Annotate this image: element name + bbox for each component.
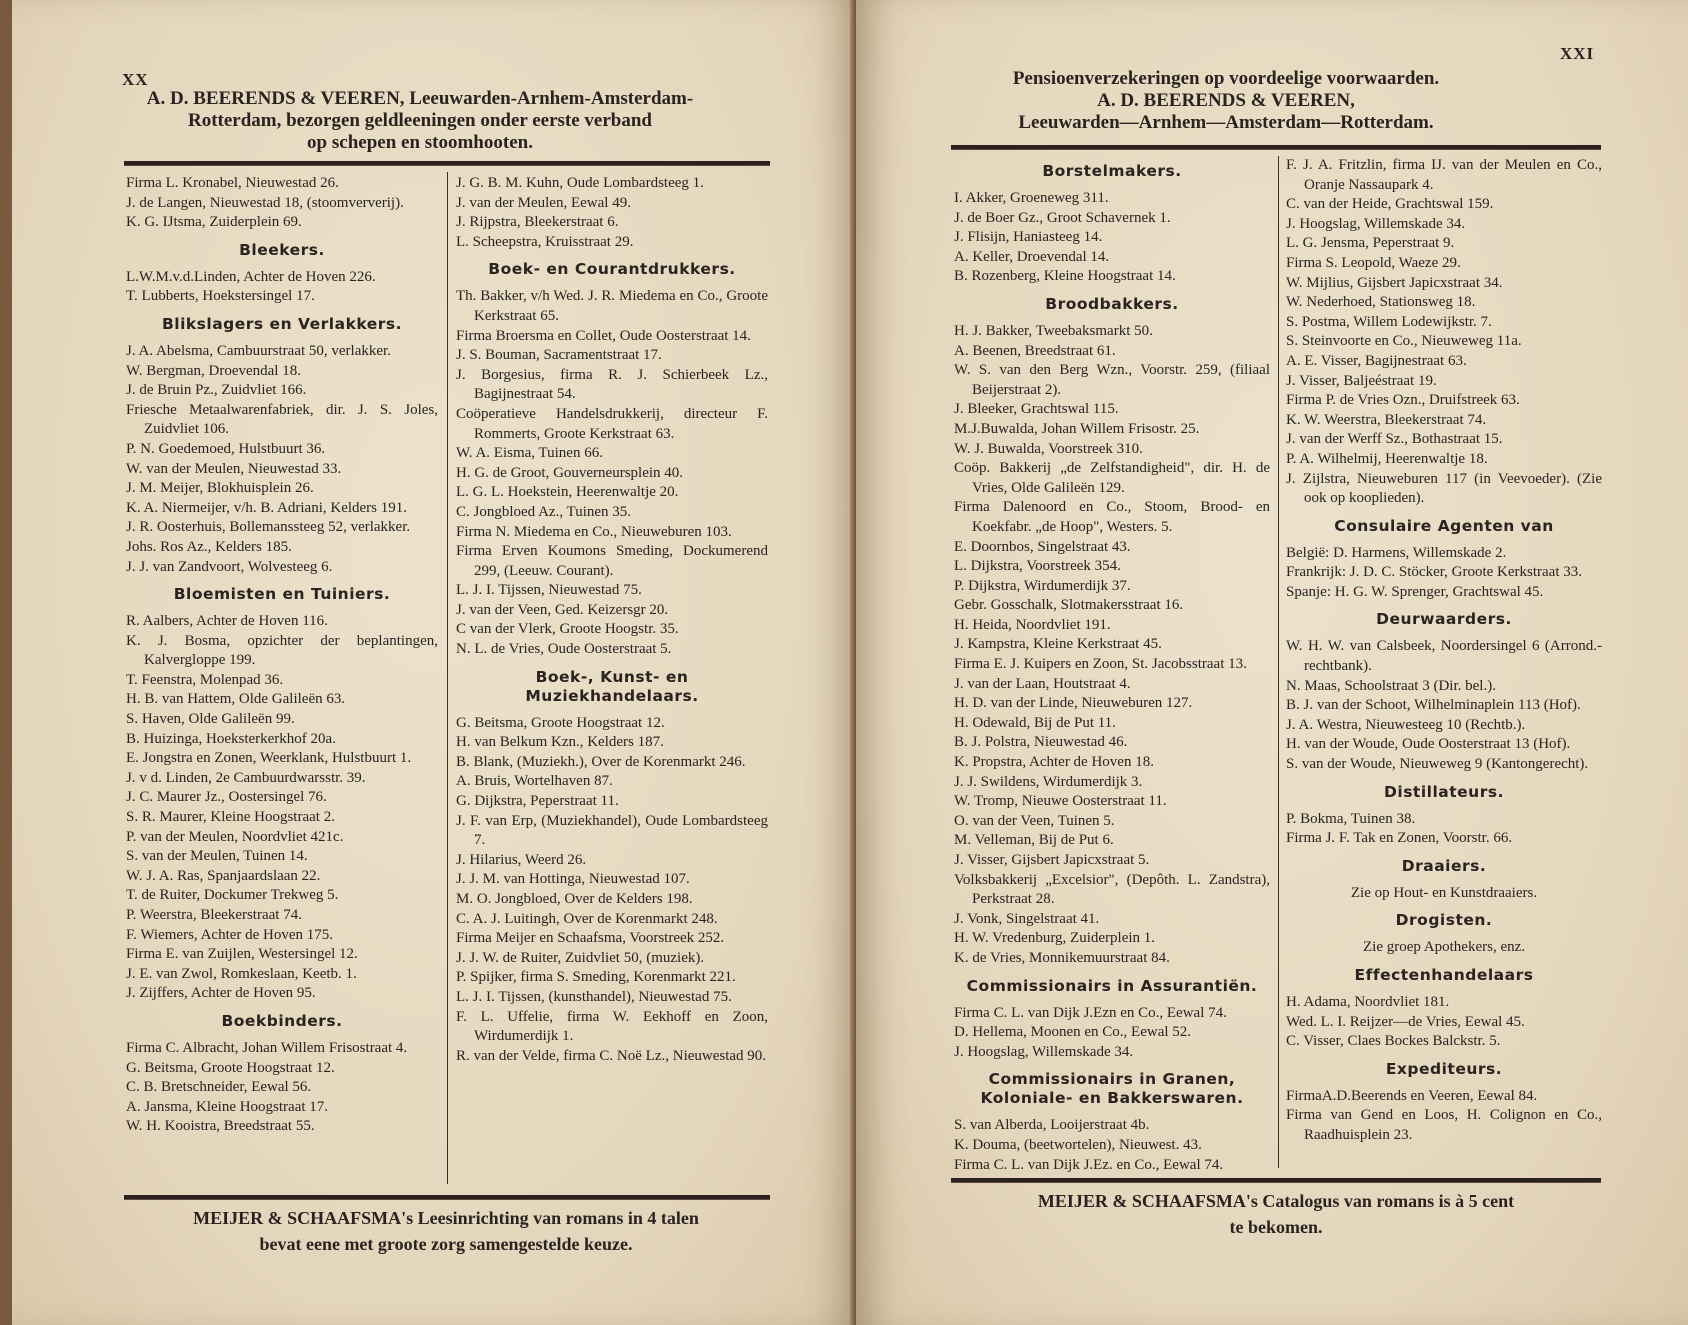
section-heading: Drogisten. xyxy=(1286,911,1602,930)
directory-entry: J. F. van Erp, (Muziekhandel), Oude Lomb… xyxy=(456,812,768,851)
directory-entry: R. van der Velde, firma C. Noë Lz., Nieu… xyxy=(456,1047,768,1067)
column-separator xyxy=(1278,156,1279,1168)
directory-entry: België: D. Harmens, Willemskade 2. xyxy=(1286,544,1602,564)
directory-entry: N. Maas, Schoolstraat 3 (Dir. bel.). xyxy=(1286,677,1602,697)
section-heading: Distillateurs. xyxy=(1286,783,1602,802)
footer-line: te bekomen. xyxy=(946,1214,1606,1240)
directory-entry: B. J. van der Schoot, Wilhelminaplein 11… xyxy=(1286,696,1602,716)
header-rule xyxy=(124,161,770,166)
directory-entry: Wed. L. I. Reijzer—de Vries, Eewal 45. xyxy=(1286,1013,1602,1033)
directory-entry: P. A. Wilhelmij, Heerenwaltje 18. xyxy=(1286,450,1602,470)
directory-entry: Gebr. Gosschalk, Slotmakersstraat 16. xyxy=(954,596,1270,616)
directory-entry: Firma S. Leopold, Waeze 29. xyxy=(1286,254,1602,274)
footer-rule xyxy=(951,1178,1601,1183)
directory-entry: K. A. Niermeijer, v/h. B. Adriani, Kelde… xyxy=(126,499,438,519)
directory-entry: J. Hoogslag, Willemskade 34. xyxy=(1286,215,1602,235)
footer-line: bevat eene met groote zorg samengestelde… xyxy=(116,1231,776,1257)
directory-entry: S. van der Woude, Nieuweweg 9 (Kantonger… xyxy=(1286,755,1602,775)
directory-entry: D. Hellema, Moonen en Co., Eewal 52. xyxy=(954,1023,1270,1043)
cross-reference-note: Zie op Hout- en Kunstdraaiers. xyxy=(1286,884,1602,904)
directory-entry: W. J. Buwalda, Voorstreek 310. xyxy=(954,440,1270,460)
directory-entry: L. J. I. Tijssen, Nieuwestad 75. xyxy=(456,581,768,601)
directory-entry: J. C. Maurer Jz., Oostersingel 76. xyxy=(126,788,438,808)
directory-entry: H. J. Bakker, Tweebaksmarkt 50. xyxy=(954,322,1270,342)
section-heading: Boek-, Kunst- en Muziekhandelaars. xyxy=(456,668,768,706)
directory-entry: N. L. de Vries, Oude Oosterstraat 5. xyxy=(456,640,768,660)
column-left: Borstelmakers.I. Akker, Groeneweg 311.J.… xyxy=(954,154,1270,1175)
directory-entry: Firma Meijer en Schaafsma, Voorstreek 25… xyxy=(456,929,768,949)
directory-entry: K. de Vries, Monnikemuurstraat 84. xyxy=(954,949,1270,969)
directory-entry: A. Beenen, Breedstraat 61. xyxy=(954,342,1270,362)
section-heading: Boek- en Courantdrukkers. xyxy=(456,260,768,279)
directory-entry: R. Aalbers, Achter de Hoven 116. xyxy=(126,612,438,632)
directory-entry: J. Bleeker, Grachtswal 115. xyxy=(954,400,1270,420)
column-right: J. G. B. M. Kuhn, Oude Lombardsteeg 1.J.… xyxy=(456,174,768,1066)
directory-entry: H. B. van Hattem, Olde Galileën 63. xyxy=(126,690,438,710)
directory-entry: F. L. Uffelie, firma W. Eekhoff en Zoon,… xyxy=(456,1008,768,1047)
directory-entry: H. van Belkum Kzn., Kelders 187. xyxy=(456,733,768,753)
directory-entry: Friesche Metaalwarenfabriek, dir. J. S. … xyxy=(126,401,438,440)
directory-entry: A. Keller, Droevendal 14. xyxy=(954,248,1270,268)
directory-entry: J. de Bruin Pz., Zuidvliet 166. xyxy=(126,381,438,401)
directory-entry: H. Adama, Noordvliet 181. xyxy=(1286,993,1602,1013)
directory-entry: S. Steinvoorte en Co., Nieuweweg 11a. xyxy=(1286,332,1602,352)
directory-entry: J. van der Meulen, Eewal 49. xyxy=(456,194,768,214)
directory-entry: Johs. Ros Az., Kelders 185. xyxy=(126,538,438,558)
directory-entry: C. A. J. Luitingh, Over de Korenmarkt 24… xyxy=(456,910,768,930)
directory-entry: J. A. Westra, Nieuwesteeg 10 (Rechtb.). xyxy=(1286,716,1602,736)
directory-entry: J. J. W. de Ruiter, Zuidvliet 50, (muzie… xyxy=(456,949,768,969)
directory-entry: Firma C. L. van Dijk J.Ez. en Co., Eewal… xyxy=(954,1156,1270,1176)
section-heading: Commissionairs in Granen, Koloniale- en … xyxy=(954,1070,1270,1108)
directory-entry: G. Beitsma, Groote Hoogstraat 12. xyxy=(126,1059,438,1079)
page-number: XX xyxy=(122,70,149,90)
section-heading: Bleekers. xyxy=(126,241,438,260)
column-left: Firma L. Kronabel, Nieuwestad 26.J. de L… xyxy=(126,174,438,1137)
directory-entry: M. Velleman, Bij de Put 6. xyxy=(954,831,1270,851)
directory-entry: L. G. Jensma, Peperstraat 9. xyxy=(1286,234,1602,254)
directory-entry: B. Blank, (Muziekh.), Over de Korenmarkt… xyxy=(456,753,768,773)
directory-entry: Frankrijk: J. D. C. Stöcker, Groote Kerk… xyxy=(1286,563,1602,583)
directory-entry: Volksbakkerij „Excelsior", (Depôth. L. Z… xyxy=(954,871,1270,910)
directory-entry: J. van der Laan, Houtstraat 4. xyxy=(954,675,1270,695)
directory-entry: B. Rozenberg, Kleine Hoogstraat 14. xyxy=(954,267,1270,287)
column-separator xyxy=(447,172,448,1184)
directory-entry: J. M. Meijer, Blokhuisplein 26. xyxy=(126,479,438,499)
directory-entry: J. J. Swildens, Wirdumerdijk 3. xyxy=(954,773,1270,793)
section-heading: Borstelmakers. xyxy=(954,162,1270,181)
section-heading: Broodbakkers. xyxy=(954,295,1270,314)
page-header: A. D. BEERENDS & VEEREN, Leeuwarden-Arnh… xyxy=(110,88,730,154)
directory-entry: A. E. Visser, Bagijnestraat 63. xyxy=(1286,352,1602,372)
directory-entry: J. Rijpstra, Bleekerstraat 6. xyxy=(456,213,768,233)
directory-entry: Firma van Gend en Loos, H. Colignon en C… xyxy=(1286,1106,1602,1145)
directory-entry: Th. Bakker, v/h Wed. J. R. Miedema en Co… xyxy=(456,287,768,326)
directory-entry: Firma E. J. Kuipers en Zoon, St. Jacobss… xyxy=(954,655,1270,675)
directory-entry: Firma J. F. Tak en Zonen, Voorstr. 66. xyxy=(1286,829,1602,849)
left-page: XX A. D. BEERENDS & VEEREN, Leeuwarden-A… xyxy=(0,0,856,1325)
directory-entry: J. Visser, Baljeéstraat 19. xyxy=(1286,372,1602,392)
header-line: op schepen en stoomhooten. xyxy=(110,132,730,154)
directory-entry: A. Jansma, Kleine Hoogstraat 17. xyxy=(126,1098,438,1118)
directory-entry: C van der Vlerk, Groote Hoogstr. 35. xyxy=(456,620,768,640)
directory-entry: Firma C. L. van Dijk J.Ezn en Co., Eewal… xyxy=(954,1004,1270,1024)
section-heading: Deurwaarders. xyxy=(1286,610,1602,629)
directory-entry: B. J. Polstra, Nieuwestad 46. xyxy=(954,733,1270,753)
directory-entry: J. Vonk, Singelstraat 41. xyxy=(954,910,1270,930)
directory-entry: L. Scheepstra, Kruisstraat 29. xyxy=(456,233,768,253)
directory-entry: H. D. van der Linde, Nieuweburen 127. xyxy=(954,694,1270,714)
section-heading: Boekbinders. xyxy=(126,1012,438,1031)
directory-entry: M. O. Jongbloed, Over de Kelders 198. xyxy=(456,890,768,910)
directory-entry: Firma Erven Koumons Smeding, Dockumerend… xyxy=(456,542,768,581)
directory-entry: J. van der Werff Sz., Bothastraat 15. xyxy=(1286,430,1602,450)
directory-entry: S. Haven, Olde Galileën 99. xyxy=(126,710,438,730)
directory-entry: F. J. A. Fritzlin, firma IJ. van der Meu… xyxy=(1286,156,1602,195)
directory-entry: T. de Ruiter, Dockumer Trekweg 5. xyxy=(126,886,438,906)
section-heading: Draaiers. xyxy=(1286,857,1602,876)
directory-entry: P. N. Goedemoed, Hulstbuurt 36. xyxy=(126,440,438,460)
directory-entry: Firma N. Miedema en Co., Nieuweburen 103… xyxy=(456,523,768,543)
cross-reference-note: Zie groep Apothekers, enz. xyxy=(1286,938,1602,958)
directory-entry: H. W. Vredenburg, Zuiderplein 1. xyxy=(954,929,1270,949)
directory-entry: J. J. van Zandvoort, Wolvesteeg 6. xyxy=(126,558,438,578)
directory-entry: FirmaA.D.Beerends en Veeren, Eewal 84. xyxy=(1286,1087,1602,1107)
directory-entry: W. J. A. Ras, Spanjaardslaan 22. xyxy=(126,867,438,887)
directory-entry: Firma E. van Zuijlen, Westersingel 12. xyxy=(126,945,438,965)
directory-entry: T. Lubberts, Hoekstersingel 17. xyxy=(126,287,438,307)
directory-entry: H. G. de Groot, Gouverneursplein 40. xyxy=(456,464,768,484)
book-edge xyxy=(0,0,12,1325)
directory-entry: J. G. B. M. Kuhn, Oude Lombardsteeg 1. xyxy=(456,174,768,194)
directory-entry: W. Mijlius, Gijsbert Japicxstraat 34. xyxy=(1286,274,1602,294)
directory-entry: J. Hilarius, Weerd 26. xyxy=(456,851,768,871)
directory-entry: Firma Dalenoord en Co., Stoom, Brood- en… xyxy=(954,498,1270,537)
directory-entry: I. Akker, Groeneweg 311. xyxy=(954,189,1270,209)
directory-entry: K. J. Bosma, opzichter der beplantingen,… xyxy=(126,632,438,671)
header-line: Pensioenverzekeringen op voordeelige voo… xyxy=(946,68,1506,90)
directory-entry: S. R. Maurer, Kleine Hoogstraat 2. xyxy=(126,808,438,828)
directory-entry: J. Hoogslag, Willemskade 34. xyxy=(954,1043,1270,1063)
directory-entry: C. Jongbloed Az., Tuinen 35. xyxy=(456,503,768,523)
directory-entry: J. de Boer Gz., Groot Schavernek 1. xyxy=(954,209,1270,229)
directory-entry: P. Bokma, Tuinen 38. xyxy=(1286,810,1602,830)
directory-entry: K. G. IJtsma, Zuiderplein 69. xyxy=(126,213,438,233)
directory-entry: J. Visser, Gijsbert Japicxstraat 5. xyxy=(954,851,1270,871)
directory-entry: S. Postma, Willem Lodewijkstr. 7. xyxy=(1286,313,1602,333)
footer-rule xyxy=(124,1195,770,1200)
directory-entry: W. Bergman, Droevendal 18. xyxy=(126,362,438,382)
header-line: A. D. BEERENDS & VEEREN, Leeuwarden-Arnh… xyxy=(110,88,730,110)
directory-entry: G. Dijkstra, Peperstraat 11. xyxy=(456,792,768,812)
directory-entry: W. van der Meulen, Nieuwestad 33. xyxy=(126,460,438,480)
directory-entry: J. A. Abelsma, Cambuurstraat 50, verlakk… xyxy=(126,342,438,362)
directory-entry: J. Kampstra, Kleine Kerkstraat 45. xyxy=(954,635,1270,655)
directory-entry: C. B. Bretschneider, Eewal 56. xyxy=(126,1078,438,1098)
header-rule xyxy=(951,145,1601,150)
directory-entry: J. Zijffers, Achter de Hoven 95. xyxy=(126,984,438,1004)
directory-entry: Spanje: H. G. W. Sprenger, Grachtswal 45… xyxy=(1286,583,1602,603)
header-line: Rotterdam, bezorgen geldleeningen onder … xyxy=(110,110,730,132)
section-heading: Commissionairs in Assurantiën. xyxy=(954,977,1270,996)
directory-entry: J. van der Veen, Ged. Keizersgr 20. xyxy=(456,601,768,621)
directory-entry: M.J.Buwalda, Johan Willem Frisostr. 25. xyxy=(954,420,1270,440)
directory-entry: J. Zijlstra, Nieuweburen 117 (in Veevoed… xyxy=(1286,470,1602,509)
section-heading: Effectenhandelaars xyxy=(1286,966,1602,985)
directory-entry: K. Douma, (beetwortelen), Nieuwest. 43. xyxy=(954,1136,1270,1156)
directory-entry: K. W. Weerstra, Bleekerstraat 74. xyxy=(1286,411,1602,431)
directory-entry: B. Huizinga, Hoeksterkerkhof 20a. xyxy=(126,730,438,750)
directory-entry: Firma C. Albracht, Johan Willem Frisostr… xyxy=(126,1039,438,1059)
directory-entry: O. van der Veen, Tuinen 5. xyxy=(954,812,1270,832)
directory-entry: E. Doornbos, Singelstraat 43. xyxy=(954,538,1270,558)
directory-entry: Firma L. Kronabel, Nieuwestad 26. xyxy=(126,174,438,194)
directory-entry: W. Nederhoed, Stationsweg 18. xyxy=(1286,293,1602,313)
page-footer-ad: MEIJER & SCHAAFSMA's Catalogus van roman… xyxy=(946,1188,1606,1240)
directory-entry: H. van der Woude, Oude Oosterstraat 13 (… xyxy=(1286,735,1602,755)
directory-entry: Firma Broersma en Collet, Oude Oosterstr… xyxy=(456,327,768,347)
right-page: XXI Pensioenverzekeringen op voordeelige… xyxy=(856,0,1688,1325)
directory-entry: J. de Langen, Nieuwestad 18, (stoomverve… xyxy=(126,194,438,214)
directory-entry: T. Feenstra, Molenpad 36. xyxy=(126,671,438,691)
directory-entry: J. E. van Zwol, Romkeslaan, Keetb. 1. xyxy=(126,965,438,985)
directory-entry: W. S. van den Berg Wzn., Voorstr. 259, (… xyxy=(954,361,1270,400)
directory-entry: J. S. Bouman, Sacramentstraat 17. xyxy=(456,346,768,366)
directory-entry: W. H. W. van Calsbeek, Noordersingel 6 (… xyxy=(1286,637,1602,676)
section-heading: Blikslagers en Verlakkers. xyxy=(126,315,438,334)
directory-entry: P. Weerstra, Bleekerstraat 74. xyxy=(126,906,438,926)
directory-entry: C. Visser, Claes Bockes Balckstr. 5. xyxy=(1286,1032,1602,1052)
directory-entry: J. J. M. van Hottinga, Nieuwestad 107. xyxy=(456,870,768,890)
directory-entry: W. H. Kooistra, Breedstraat 55. xyxy=(126,1117,438,1137)
directory-entry: G. Beitsma, Groote Hoogstraat 12. xyxy=(456,714,768,734)
directory-entry: H. Odewald, Bij de Put 11. xyxy=(954,714,1270,734)
footer-line: MEIJER & SCHAAFSMA's Leesinrichting van … xyxy=(116,1205,776,1231)
section-heading: Bloemisten en Tuiniers. xyxy=(126,585,438,604)
directory-entry: J. v d. Linden, 2e Cambuurdwarsstr. 39. xyxy=(126,769,438,789)
directory-entry: J. Borgesius, firma R. J. Schierbeek Lz.… xyxy=(456,366,768,405)
directory-entry: A. Bruis, Wortelhaven 87. xyxy=(456,772,768,792)
directory-entry: L. Dijkstra, Voorstreek 354. xyxy=(954,557,1270,577)
directory-entry: S. van der Meulen, Tuinen 14. xyxy=(126,847,438,867)
directory-entry: L. G. L. Hoekstein, Heerenwaltje 20. xyxy=(456,483,768,503)
directory-entry: Coöp. Bakkerij „de Zelfstandigheid", dir… xyxy=(954,459,1270,498)
directory-entry: S. van Alberda, Looijerstraat 4b. xyxy=(954,1116,1270,1136)
directory-entry: P. van der Meulen, Noordvliet 421c. xyxy=(126,828,438,848)
header-line: Leeuwarden—Arnhem—Amsterdam—Rotterdam. xyxy=(946,112,1506,134)
directory-entry: Firma P. de Vries Ozn., Druifstreek 63. xyxy=(1286,391,1602,411)
footer-line: MEIJER & SCHAAFSMA's Catalogus van roman… xyxy=(946,1188,1606,1214)
header-line: A. D. BEERENDS & VEEREN, xyxy=(946,90,1506,112)
section-heading: Expediteurs. xyxy=(1286,1060,1602,1079)
directory-entry: L.W.M.v.d.Linden, Achter de Hoven 226. xyxy=(126,268,438,288)
directory-entry: J. R. Oosterhuis, Bollemanssteeg 52, ver… xyxy=(126,518,438,538)
directory-entry: P. Spijker, firma S. Smeding, Korenmarkt… xyxy=(456,968,768,988)
directory-entry: Coöperatieve Handelsdrukkerij, directeur… xyxy=(456,405,768,444)
directory-entry: J. Flisijn, Haniasteeg 14. xyxy=(954,228,1270,248)
directory-entry: H. Heida, Noordvliet 191. xyxy=(954,616,1270,636)
directory-entry: W. A. Eisma, Tuinen 66. xyxy=(456,444,768,464)
column-right: F. J. A. Fritzlin, firma IJ. van der Meu… xyxy=(1286,156,1602,1146)
directory-entry: W. Tromp, Nieuwe Oosterstraat 11. xyxy=(954,792,1270,812)
directory-entry: F. Wiemers, Achter de Hoven 175. xyxy=(126,926,438,946)
directory-entry: E. Jongstra en Zonen, Weerklank, Hulstbu… xyxy=(126,749,438,769)
page-header: Pensioenverzekeringen op voordeelige voo… xyxy=(946,68,1506,134)
directory-entry: P. Dijkstra, Wirdumerdijk 37. xyxy=(954,577,1270,597)
directory-entry: C. van der Heide, Grachtswal 159. xyxy=(1286,195,1602,215)
page-footer-ad: MEIJER & SCHAAFSMA's Leesinrichting van … xyxy=(116,1205,776,1257)
directory-entry: K. Propstra, Achter de Hoven 18. xyxy=(954,753,1270,773)
directory-entry: L. J. I. Tijssen, (kunsthandel), Nieuwes… xyxy=(456,988,768,1008)
page-number: XXI xyxy=(1560,44,1594,64)
section-heading: Consulaire Agenten van xyxy=(1286,517,1602,536)
